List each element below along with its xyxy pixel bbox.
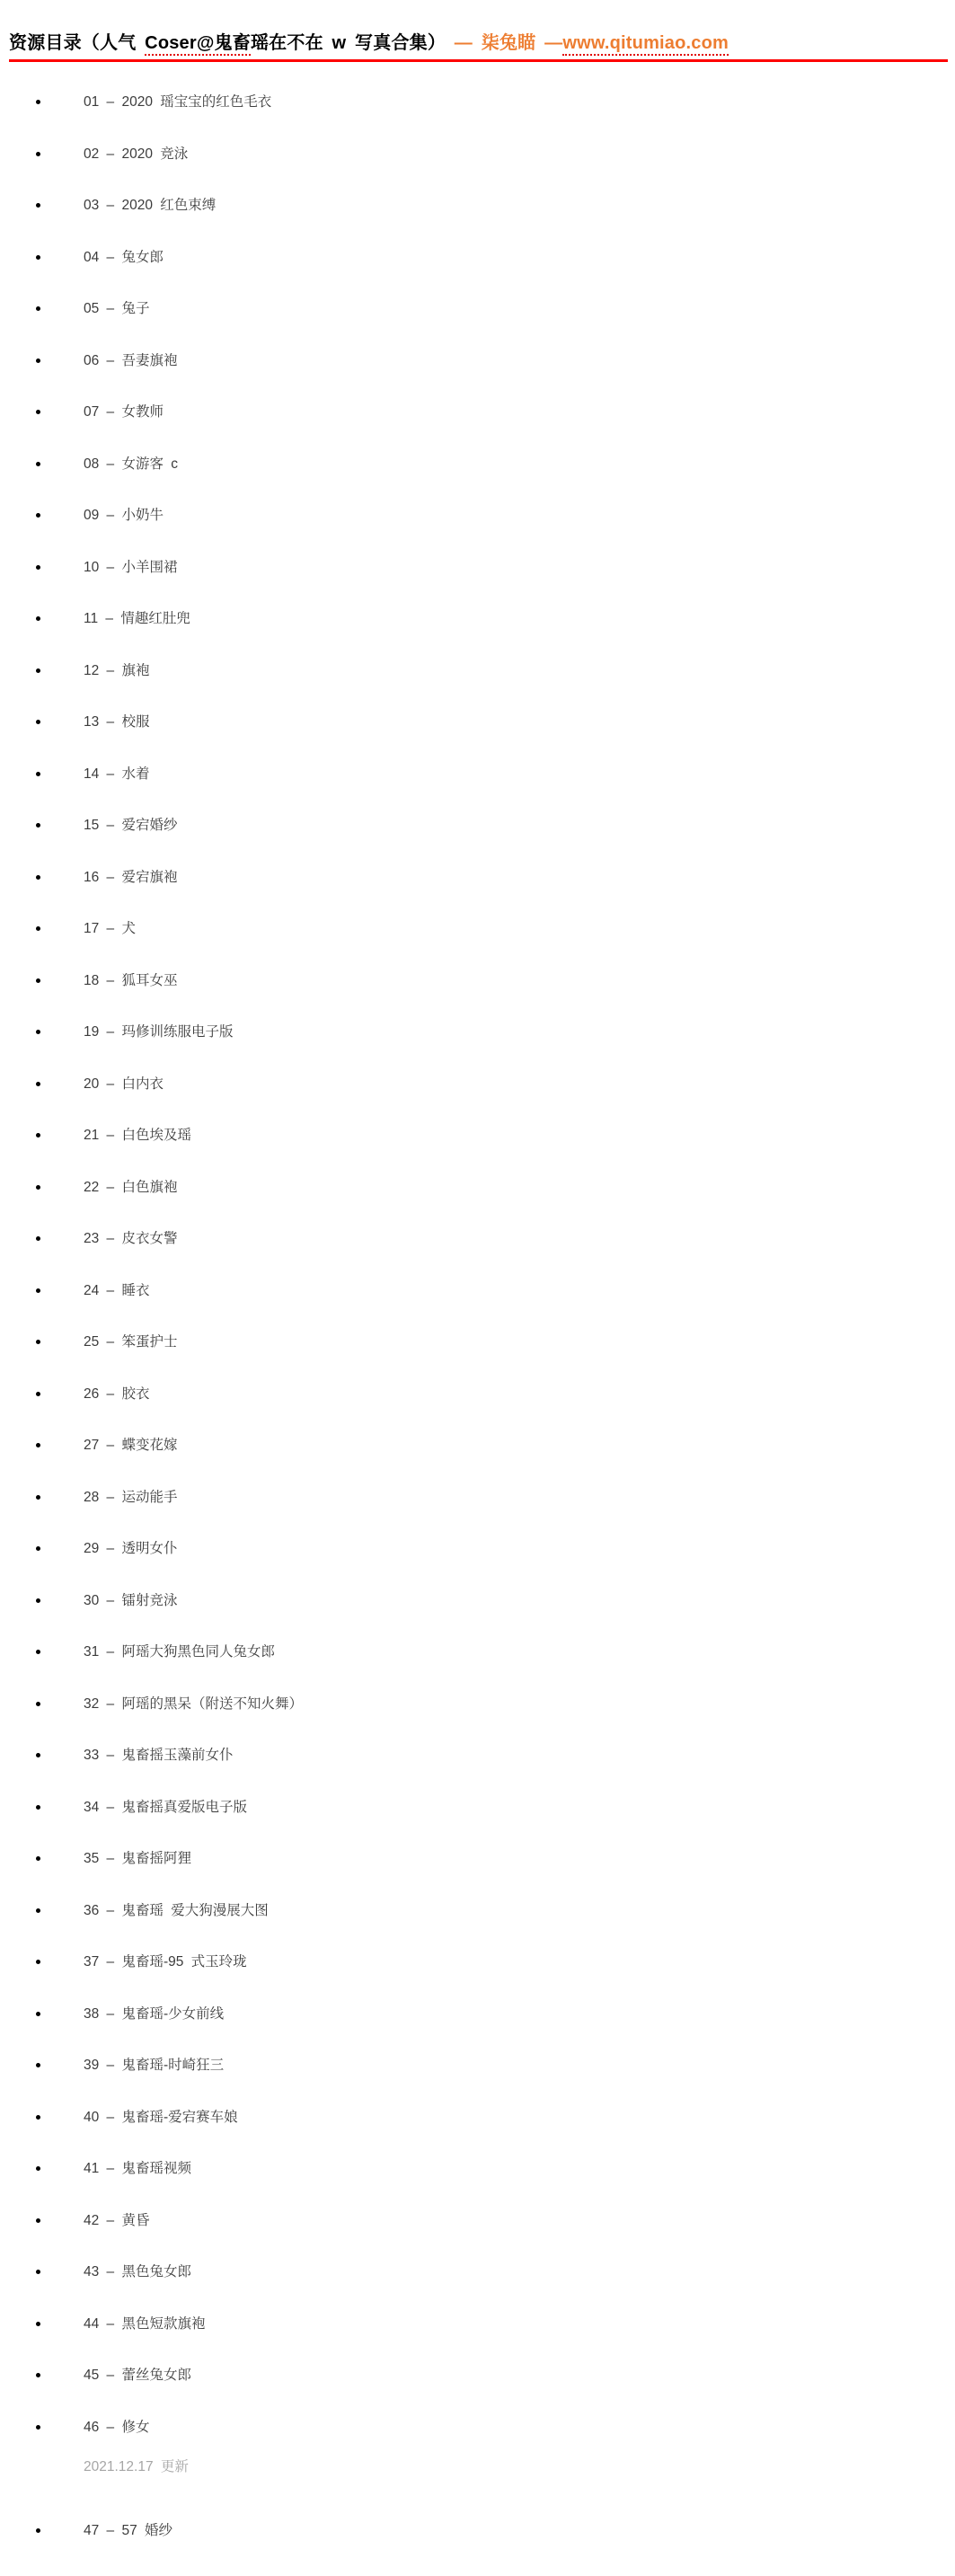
list-item-label: 03 – 2020 红色束缚 <box>84 198 216 213</box>
list-item-label: 23 – 皮衣女警 <box>84 1231 177 1246</box>
bullet-icon <box>36 1650 40 1654</box>
list-item-label: 47 – 57 婚纱 <box>84 2523 172 2538</box>
list-item-label: 38 – 鬼畜瑶-少女前线 <box>84 2006 224 2022</box>
bullet-icon <box>36 1443 40 1447</box>
list-item: 28 – 运动能手 <box>9 1488 948 1507</box>
list-item: 20 – 白内衣 <box>9 1075 948 1093</box>
bullet-icon <box>36 513 40 518</box>
list-item-label: 39 – 鬼畜瑶-时崎狂三 <box>84 2058 224 2073</box>
list-item-label: 19 – 玛修训练服电子版 <box>84 1024 233 1040</box>
list-item-label: 27 – 蝶变花嫁 <box>84 1438 177 1453</box>
list-item: 38 – 鬼畜瑶-少女前线 <box>9 2005 948 2023</box>
bullet-icon <box>36 152 40 156</box>
list-item: 12 – 旗袍 <box>9 661 948 680</box>
bullet-icon <box>36 2373 40 2377</box>
bullet-icon <box>36 1082 40 1086</box>
list-item: 19 – 玛修训练服电子版 <box>9 1022 948 1041</box>
list-item: 26 – 胶衣 <box>9 1385 948 1403</box>
bullet-icon <box>36 1288 40 1293</box>
bullet-icon <box>36 978 40 983</box>
list-item-label: 18 – 狐耳女巫 <box>84 973 177 988</box>
bullet-icon <box>36 255 40 260</box>
bullet-icon <box>36 2528 40 2533</box>
bullet-icon <box>36 359 40 363</box>
bullet-icon <box>36 1236 40 1241</box>
update-note: 2021.12.17 更新 <box>84 2457 948 2476</box>
list-item-label: 28 – 运动能手 <box>84 1490 177 1505</box>
bullet-icon <box>36 410 40 414</box>
title-brand-separator: — 柒兔瞄 — <box>446 33 562 53</box>
list-item: 30 – 镭射竞泳 <box>9 1591 948 1610</box>
list-item-label: 01 – 2020 瑶宝宝的红色毛衣 <box>84 94 271 110</box>
list-item: 17 – 犬 <box>9 919 948 938</box>
list-item-label: 29 – 透明女仆 <box>84 1541 177 1556</box>
bullet-icon <box>36 1805 40 1810</box>
list-item: 44 – 黑色短款旗袍 <box>9 2315 948 2333</box>
bullet-icon <box>36 306 40 311</box>
list-item-label: 40 – 鬼畜瑶-爱宕赛车娘 <box>84 2110 238 2125</box>
list-item: 25 – 笨蛋护士 <box>9 1332 948 1351</box>
list-item-label: 21 – 白色埃及瑶 <box>84 1128 191 1143</box>
list-item-label: 14 – 水着 <box>84 766 149 782</box>
title-black-suffix: 瑶在不在 w 写真合集） <box>251 33 446 53</box>
list-item-label: 08 – 女游客 c <box>84 456 178 472</box>
bullet-icon <box>36 462 40 466</box>
list-item: 06 – 吾妻旗袍 <box>9 351 948 370</box>
bullet-icon <box>36 616 40 621</box>
list-item-label: 15 – 爱宕婚纱 <box>84 818 177 833</box>
list-item-label: 12 – 旗袍 <box>84 663 149 678</box>
list-item: 46 – 修女 <box>9 2418 948 2437</box>
list-item-label: 34 – 鬼畜摇真爱版电子版 <box>84 1800 247 1815</box>
list-item: 01 – 2020 瑶宝宝的红色毛衣 <box>9 93 948 111</box>
bullet-icon <box>36 668 40 673</box>
bullet-icon <box>36 2166 40 2171</box>
bullet-icon <box>36 2270 40 2274</box>
list-item-label: 46 – 修女 <box>84 2420 149 2435</box>
list-item: 27 – 蝶变花嫁 <box>9 1436 948 1455</box>
list-item: 43 – 黑色兔女郎 <box>9 2262 948 2281</box>
list-item: 08 – 女游客 c <box>9 455 948 474</box>
list-item: 47 – 57 婚纱 <box>9 2521 948 2540</box>
bullet-icon <box>36 1185 40 1190</box>
list-item: 04 – 兔女郎 <box>9 248 948 267</box>
list-item-label: 31 – 阿瑶大狗黑色同人兔女郎 <box>84 1644 275 1660</box>
list-item: 32 – 阿瑶的黑呆（附送不知火舞） <box>9 1695 948 1713</box>
bullet-icon <box>36 1702 40 1706</box>
list-item-label: 41 – 鬼畜瑶视频 <box>84 2161 191 2176</box>
resource-list-after-update: 47 – 57 婚纱 <box>9 2521 948 2540</box>
bullet-icon <box>36 926 40 931</box>
list-item-label: 09 – 小奶牛 <box>84 508 164 523</box>
list-item-label: 33 – 鬼畜摇玉藻前女仆 <box>84 1748 233 1763</box>
title-site-url: www.qitumiao.com <box>562 33 729 56</box>
list-item-label: 16 – 爱宕旗袍 <box>84 870 177 885</box>
list-item: 35 – 鬼畜摇阿狸 <box>9 1849 948 1868</box>
list-item: 22 – 白色旗袍 <box>9 1178 948 1197</box>
bullet-icon <box>36 1856 40 1861</box>
bullet-icon <box>36 1908 40 1913</box>
bullet-icon <box>36 1960 40 1964</box>
list-item-label: 43 – 黑色兔女郎 <box>84 2264 191 2279</box>
list-item: 15 – 爱宕婚纱 <box>9 816 948 835</box>
list-item-label: 02 – 2020 竞泳 <box>84 146 188 162</box>
list-item-label: 35 – 鬼畜摇阿狸 <box>84 1851 191 1866</box>
list-item: 18 – 狐耳女巫 <box>9 971 948 990</box>
list-item: 16 – 爱宕旗袍 <box>9 868 948 887</box>
list-item: 36 – 鬼畜瑶 爱大狗漫展大图 <box>9 1901 948 1920</box>
list-item-label: 13 – 校服 <box>84 714 149 730</box>
list-item-label: 06 – 吾妻旗袍 <box>84 353 177 368</box>
bullet-icon <box>36 772 40 776</box>
list-item: 37 – 鬼畜瑶-95 式玉玲珑 <box>9 1952 948 1971</box>
bullet-icon <box>36 1030 40 1034</box>
bullet-icon <box>36 2425 40 2430</box>
list-item-label: 05 – 兔子 <box>84 301 149 316</box>
bullet-icon <box>36 1546 40 1551</box>
list-item-label: 20 – 白内衣 <box>84 1076 164 1092</box>
bullet-icon <box>36 2012 40 2016</box>
list-item-label: 22 – 白色旗袍 <box>84 1180 177 1195</box>
list-item: 07 – 女教师 <box>9 403 948 421</box>
list-item: 23 – 皮衣女警 <box>9 1229 948 1248</box>
list-item-label: 24 – 睡衣 <box>84 1283 149 1298</box>
list-item-label: 42 – 黄昏 <box>84 2213 149 2228</box>
list-item: 33 – 鬼畜摇玉藻前女仆 <box>9 1746 948 1765</box>
list-item-label: 10 – 小羊围裙 <box>84 560 177 575</box>
list-item-label: 11 – 情趣红肚兜 <box>84 611 190 626</box>
list-item: 09 – 小奶牛 <box>9 506 948 525</box>
list-item: 34 – 鬼畜摇真爱版电子版 <box>9 1798 948 1817</box>
bullet-icon <box>36 2063 40 2067</box>
bullet-icon <box>36 1495 40 1500</box>
list-item-label: 25 – 笨蛋护士 <box>84 1334 177 1350</box>
bullet-icon <box>36 2322 40 2326</box>
title-spellchecked-text: Coser@鬼畜 <box>145 33 251 56</box>
list-item: 03 – 2020 红色束缚 <box>9 196 948 215</box>
list-item-label: 07 – 女教师 <box>84 404 164 420</box>
list-item-label: 36 – 鬼畜瑶 爱大狗漫展大图 <box>84 1903 269 1918</box>
bullet-icon <box>36 2218 40 2223</box>
resource-list-main: 01 – 2020 瑶宝宝的红色毛衣02 – 2020 竞泳03 – 2020 … <box>9 93 948 2437</box>
list-item-label: 45 – 蕾丝兔女郎 <box>84 2368 191 2383</box>
bullet-icon <box>36 875 40 880</box>
list-item-label: 37 – 鬼畜瑶-95 式玉玲珑 <box>84 1954 247 1970</box>
list-item: 40 – 鬼畜瑶-爱宕赛车娘 <box>9 2108 948 2127</box>
bullet-icon <box>36 1753 40 1757</box>
bullet-icon <box>36 203 40 208</box>
bullet-icon <box>36 565 40 570</box>
bullet-icon <box>36 1598 40 1603</box>
list-item: 10 – 小羊围裙 <box>9 558 948 577</box>
document-page: 资源目录（人气 Coser@鬼畜瑶在不在 w 写真合集） — 柒兔瞄 —www.… <box>0 0 955 2540</box>
list-item: 05 – 兔子 <box>9 299 948 318</box>
list-item: 13 – 校服 <box>9 713 948 731</box>
list-item: 02 – 2020 竞泳 <box>9 145 948 164</box>
list-item: 31 – 阿瑶大狗黑色同人兔女郎 <box>9 1642 948 1661</box>
list-item: 29 – 透明女仆 <box>9 1539 948 1558</box>
title-black-prefix: 资源目录（人气 <box>9 33 145 53</box>
list-item: 14 – 水着 <box>9 765 948 783</box>
list-item-label: 44 – 黑色短款旗袍 <box>84 2316 205 2332</box>
list-item: 41 – 鬼畜瑶视频 <box>9 2159 948 2178</box>
bullet-icon <box>36 1392 40 1396</box>
list-item-label: 26 – 胶衣 <box>84 1386 149 1402</box>
list-item: 42 – 黄昏 <box>9 2211 948 2230</box>
list-item-label: 32 – 阿瑶的黑呆（附送不知火舞） <box>84 1696 303 1712</box>
list-item: 39 – 鬼畜瑶-时崎狂三 <box>9 2056 948 2075</box>
bullet-icon <box>36 823 40 828</box>
list-item-label: 04 – 兔女郎 <box>84 250 164 265</box>
list-item: 21 – 白色埃及瑶 <box>9 1126 948 1145</box>
bullet-icon <box>36 100 40 104</box>
page-title: 资源目录（人气 Coser@鬼畜瑶在不在 w 写真合集） — 柒兔瞄 —www.… <box>9 32 948 62</box>
list-item: 11 – 情趣红肚兜 <box>9 609 948 628</box>
list-item: 45 – 蕾丝兔女郎 <box>9 2366 948 2385</box>
bullet-icon <box>36 1133 40 1138</box>
bullet-icon <box>36 720 40 724</box>
list-item-label: 30 – 镭射竞泳 <box>84 1593 177 1608</box>
bullet-icon <box>36 1340 40 1344</box>
bullet-icon <box>36 2115 40 2120</box>
list-item-label: 17 – 犬 <box>84 921 136 936</box>
list-item: 24 – 睡衣 <box>9 1281 948 1300</box>
